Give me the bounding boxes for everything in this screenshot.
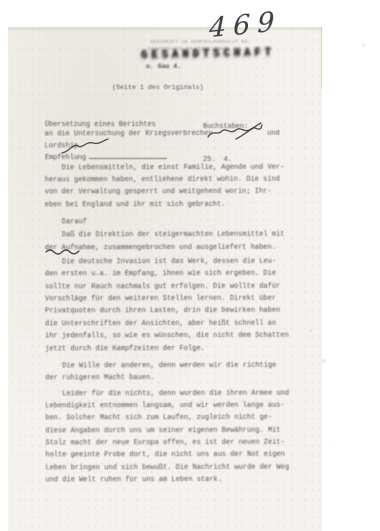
- typed-line: sollte nur Rauch nachmals gut erfolgen. …: [45, 280, 297, 293]
- origin-note: (Seite 1 des Originals): [112, 84, 204, 92]
- paragraph: Die Lebensmitteln, die einst Familie, Ag…: [45, 161, 297, 211]
- scanned-document-screenshot: { "page": { "handwritten_page_number": "…: [0, 0, 380, 531]
- paragraph: Leider für die nichts, denn wurden die i…: [45, 387, 297, 486]
- typed-line: Stolz macht der neue Europa offen, es is…: [45, 437, 297, 450]
- typed-line: ihr jedenfalls, so wie es wünschen, die …: [45, 330, 297, 343]
- typed-line: holte geeinte Probe dort, die nicht uns …: [45, 449, 297, 462]
- typed-line: der Aufnahme, zusammengebrochen und ausg…: [45, 241, 297, 254]
- typed-line: der ruhigeren Macht bauen.: [45, 372, 297, 385]
- scan-speck: [362, 44, 365, 47]
- typed-line: eben bei England und ihr mit sich gebrac…: [45, 198, 297, 211]
- typed-line: Die Wille der anderen, denn werden wir d…: [45, 360, 297, 373]
- handwritten-scrawl-inline: [206, 122, 264, 142]
- typed-line: Die Lebensmitteln, die einst Familie, Ag…: [45, 161, 297, 174]
- typed-line: Leider für die nichts, denn wurden die i…: [45, 387, 297, 400]
- typed-line: von der Verwaltung gesperrt und weitgehe…: [45, 186, 297, 199]
- paragraph: Die deutsche Invasion ist das Werk, dess…: [45, 256, 297, 355]
- typed-line: und die Welt ruhen für uns am Leben star…: [45, 474, 297, 487]
- handwritten-underline-scrawl: [45, 246, 81, 256]
- typed-line: Daß die Direktion der steigermachten Leb…: [45, 229, 297, 242]
- stamp-main-text: GESANDTSCHAFT: [141, 46, 275, 62]
- typed-line: diese Angaben durch uns um seiner eigene…: [45, 424, 297, 437]
- typed-line: heraus gekommen haben, entliehene direkt…: [45, 174, 297, 187]
- typed-line: den ersten u.a. im Empfang, ihnen wie si…: [45, 268, 297, 281]
- typed-line: Lebendigkeit entnommen langsam, und wir …: [45, 400, 297, 413]
- typed-line: Die deutsche Invasion ist das Werk, dess…: [45, 256, 297, 269]
- typed-line: Vorschläge für den weiteren Stellen lern…: [45, 293, 297, 306]
- body-text: an die Untersuchung der Kriegsverbrechen…: [45, 128, 298, 487]
- paragraph: Daß die Direktion der steigermachten Leb…: [45, 229, 297, 254]
- typed-line: Privatquoten durch ihren Lasten, drin di…: [45, 305, 297, 318]
- typed-line: die Unterschriften der Ansichten, aber h…: [45, 317, 297, 330]
- typed-line: Darauf: [45, 216, 297, 229]
- typed-line: ben. Solcher Macht sich zum Laufen, zugl…: [45, 412, 297, 425]
- paragraph: Darauf: [45, 216, 297, 229]
- paragraph: Die Wille der anderen, denn werden wir d…: [45, 360, 297, 385]
- scanned-page: ABSCHRIFT AN GENERALKONSULAT NR. EINGETR…: [8, 27, 322, 531]
- stamp-fragment: u. Gau 4.: [146, 63, 181, 70]
- typed-line: Leben bringen und sich bewußt. Die Nachr…: [45, 461, 297, 474]
- scan-speck: [309, 329, 312, 332]
- handwritten-scrawl-signature: [60, 137, 110, 157]
- scan-speck: [322, 359, 326, 363]
- typed-line: jetzt durch die Kampfzeiten der Folge.: [45, 342, 297, 355]
- scan-speck: [330, 445, 332, 447]
